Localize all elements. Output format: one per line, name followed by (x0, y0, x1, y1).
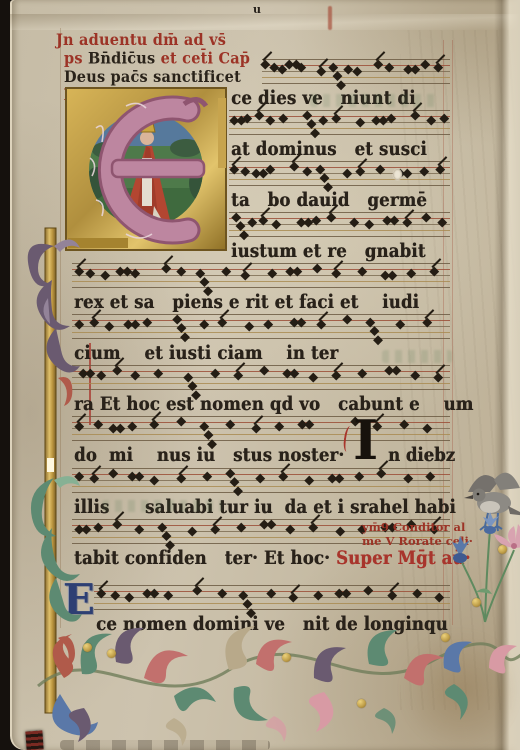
neume (230, 164, 239, 173)
neume (245, 322, 254, 331)
neume (195, 269, 204, 278)
neume (267, 588, 276, 597)
neume (252, 424, 261, 433)
neume (252, 169, 261, 178)
neume (420, 60, 429, 69)
neume (176, 266, 185, 275)
rubric-line2: ps Bn̄dic̄us et cet̄i Cap̄ (64, 49, 266, 67)
neume (142, 317, 151, 326)
neume (127, 422, 136, 431)
fore-edge-tab (25, 730, 43, 750)
initial-i-black: I (353, 416, 378, 464)
neume (263, 320, 272, 329)
staff-lines (72, 466, 450, 494)
neume (226, 469, 235, 478)
rubric-ps: ps (64, 49, 88, 67)
bottom-border-decoration (24, 608, 520, 748)
neume (290, 162, 299, 171)
neume (176, 417, 185, 426)
neume (309, 522, 318, 531)
neume (440, 113, 449, 122)
neume (331, 269, 340, 278)
neume (427, 116, 436, 125)
neume (261, 60, 270, 69)
neume (278, 65, 287, 74)
neume (237, 522, 246, 531)
neume (265, 116, 274, 125)
neume (96, 588, 105, 597)
neume (93, 522, 102, 531)
staff-lines (72, 312, 450, 340)
red-curl (58, 377, 72, 406)
neume (173, 315, 182, 324)
neume (411, 371, 420, 380)
parchment-page: u Jn aduentu dm̄ ad vs̄ ps Bn̄dic̄us et … (10, 0, 520, 750)
neume (150, 476, 159, 485)
neume (125, 593, 134, 602)
neume (373, 60, 382, 69)
neume (328, 62, 337, 71)
neume (282, 368, 291, 377)
chant-text: at dominus et susci (231, 138, 427, 160)
neume (371, 116, 380, 125)
neume (184, 373, 193, 382)
neume (108, 469, 117, 478)
neume (230, 116, 239, 125)
neume (286, 266, 295, 275)
quire-mark: u (253, 3, 261, 16)
neume (256, 474, 265, 483)
manuscript-photo: u Jn aduentu dm̄ ad vs̄ ps Bn̄dic̄us et … (0, 0, 520, 750)
neume (248, 218, 257, 227)
staff-lines (229, 108, 450, 136)
parchment-hole (393, 169, 402, 180)
neume (218, 317, 227, 326)
neume (435, 164, 444, 173)
neume (278, 113, 287, 122)
neume (199, 320, 208, 329)
ink-offset-ghost (382, 350, 452, 363)
chant-text: rex et sa piens e rit et faci et iudi (74, 291, 419, 313)
music-system: at dominus et susci (229, 108, 450, 160)
chant-text: iustum et re gnabit (231, 240, 426, 262)
neume (358, 266, 367, 275)
neume (407, 269, 416, 278)
chant-text: ra Et hoc est nomen qd vo cabunt e um (74, 393, 473, 415)
neume (434, 373, 443, 382)
neume (335, 527, 344, 536)
neume (211, 525, 220, 534)
gold-bezant (472, 598, 481, 607)
neume (313, 264, 322, 273)
neume (112, 520, 121, 529)
neume (222, 266, 231, 275)
neume (381, 271, 390, 280)
neume (335, 588, 344, 597)
neume (199, 422, 208, 431)
neume (124, 320, 133, 329)
marginal-flowers (440, 514, 520, 624)
ink-offset-ghost (310, 94, 440, 107)
neume (365, 317, 374, 326)
neume (413, 588, 422, 597)
neume (226, 419, 235, 428)
neume (422, 424, 431, 433)
music-system: do mi nus iu stus noster·In diebz (72, 414, 450, 466)
neume (176, 474, 185, 483)
neume (135, 525, 144, 534)
neume (356, 118, 365, 127)
staff-lines (229, 210, 450, 238)
rubric-line1: Jn aduentu dm̄ ad vs̄ (56, 31, 266, 49)
music-system: iustum et re gnabit (229, 210, 450, 262)
bird-beak (464, 495, 473, 499)
rubric-psalm-name: Bn̄dic̄us (88, 49, 161, 67)
music-system: ta bo dauid germē (229, 159, 450, 211)
gold-bezant (357, 699, 366, 708)
neume (353, 67, 362, 76)
neume (316, 164, 325, 173)
music-system: rex et sa piens e rit et faci et iudi (72, 261, 450, 313)
neume (303, 167, 312, 176)
neume (154, 368, 163, 377)
neume (313, 591, 322, 600)
neume (422, 317, 431, 326)
neume (112, 366, 121, 375)
neume (317, 67, 326, 76)
neume (232, 213, 241, 222)
neume (388, 591, 397, 600)
neume (402, 218, 411, 227)
neume (430, 266, 439, 275)
neume (358, 368, 367, 377)
neume (105, 322, 114, 331)
neume (382, 215, 391, 224)
neume (241, 271, 250, 280)
pink-lily (494, 524, 520, 549)
neume (343, 169, 352, 178)
neume (377, 469, 386, 478)
neume (131, 371, 140, 380)
neume (296, 218, 305, 227)
capitulum-incipit: Deus pac̄s sanctificet (64, 68, 241, 86)
neume (312, 215, 321, 224)
neume (403, 474, 412, 483)
illuminated-initial-e (66, 88, 226, 250)
gold-bezant (498, 545, 507, 554)
neume (142, 588, 151, 597)
neume (233, 371, 242, 380)
neume (331, 371, 340, 380)
neume (384, 366, 393, 375)
neume (116, 266, 125, 275)
neume (385, 62, 394, 71)
neume (343, 65, 352, 74)
neume (150, 419, 159, 428)
chant-text: ta bo dauid germē (231, 189, 427, 211)
neume (422, 213, 431, 222)
neume (260, 520, 269, 529)
chant-text: n diebz (388, 444, 455, 466)
neume (365, 220, 374, 229)
gold-bezant (441, 633, 450, 642)
neume (434, 62, 443, 71)
staff-lines (94, 583, 450, 611)
neume (438, 218, 447, 227)
neume (327, 213, 336, 222)
gold-bezant (282, 653, 291, 662)
neume (211, 368, 220, 377)
neume (272, 220, 281, 229)
neume (303, 111, 312, 120)
neume (241, 167, 250, 176)
neume (127, 471, 136, 480)
neume (396, 320, 405, 329)
neume (203, 471, 212, 480)
neume (239, 591, 248, 600)
neume (259, 215, 268, 224)
neume (161, 264, 170, 273)
acanthus-cluster (52, 626, 517, 746)
chant-text: do mi nus iu stus noster· (74, 444, 344, 466)
neume (404, 65, 413, 74)
neume (356, 167, 365, 176)
neume (349, 218, 358, 227)
staff-lines (72, 363, 450, 391)
neume (188, 527, 197, 536)
neume (305, 476, 314, 485)
staff-lines (72, 414, 450, 442)
folio-number-red (328, 6, 332, 30)
chant-text: cium et iusti ciam in ter (74, 342, 338, 364)
neume (288, 593, 297, 602)
neume (411, 111, 420, 120)
neume (260, 366, 269, 375)
neume (158, 522, 167, 531)
neume (279, 471, 288, 480)
neume (275, 422, 284, 431)
neume (108, 424, 117, 433)
blue-columbine (452, 512, 499, 563)
neume (400, 419, 409, 428)
neume (267, 269, 276, 278)
neume (101, 271, 110, 280)
neume (343, 315, 352, 324)
neume (254, 111, 263, 120)
staff-lines (262, 57, 450, 85)
neume (354, 471, 363, 480)
music-system: ra Et hoc est nomen qd vo cabunt e um (72, 363, 450, 415)
neume (286, 525, 295, 534)
gold-bezant (107, 649, 116, 658)
ink-offset-ghost (102, 500, 222, 512)
neume (420, 167, 429, 176)
neume (297, 419, 306, 428)
neume (164, 591, 173, 600)
neume (328, 474, 337, 483)
neume (332, 113, 341, 122)
staff-lines (229, 159, 450, 187)
neume (93, 419, 102, 428)
neume (97, 371, 106, 380)
gold-bezant (83, 643, 92, 652)
chant-text: tabit confiden ter· Et hoc· Super Mḡt aū… (74, 547, 471, 569)
neume (285, 60, 294, 69)
neume (316, 320, 325, 329)
neume (131, 269, 140, 278)
neume (192, 586, 201, 595)
parchment-crease (10, 14, 520, 30)
neume (318, 116, 327, 125)
rubric-capitulum: et cet̄i Cap̄ (161, 49, 251, 67)
staff-lines (72, 261, 450, 289)
neume (363, 586, 372, 595)
neume (387, 113, 396, 122)
neume (426, 471, 435, 480)
neume (376, 164, 385, 173)
neume (217, 588, 226, 597)
neume (290, 317, 299, 326)
neume (309, 373, 318, 382)
neume (110, 591, 119, 600)
